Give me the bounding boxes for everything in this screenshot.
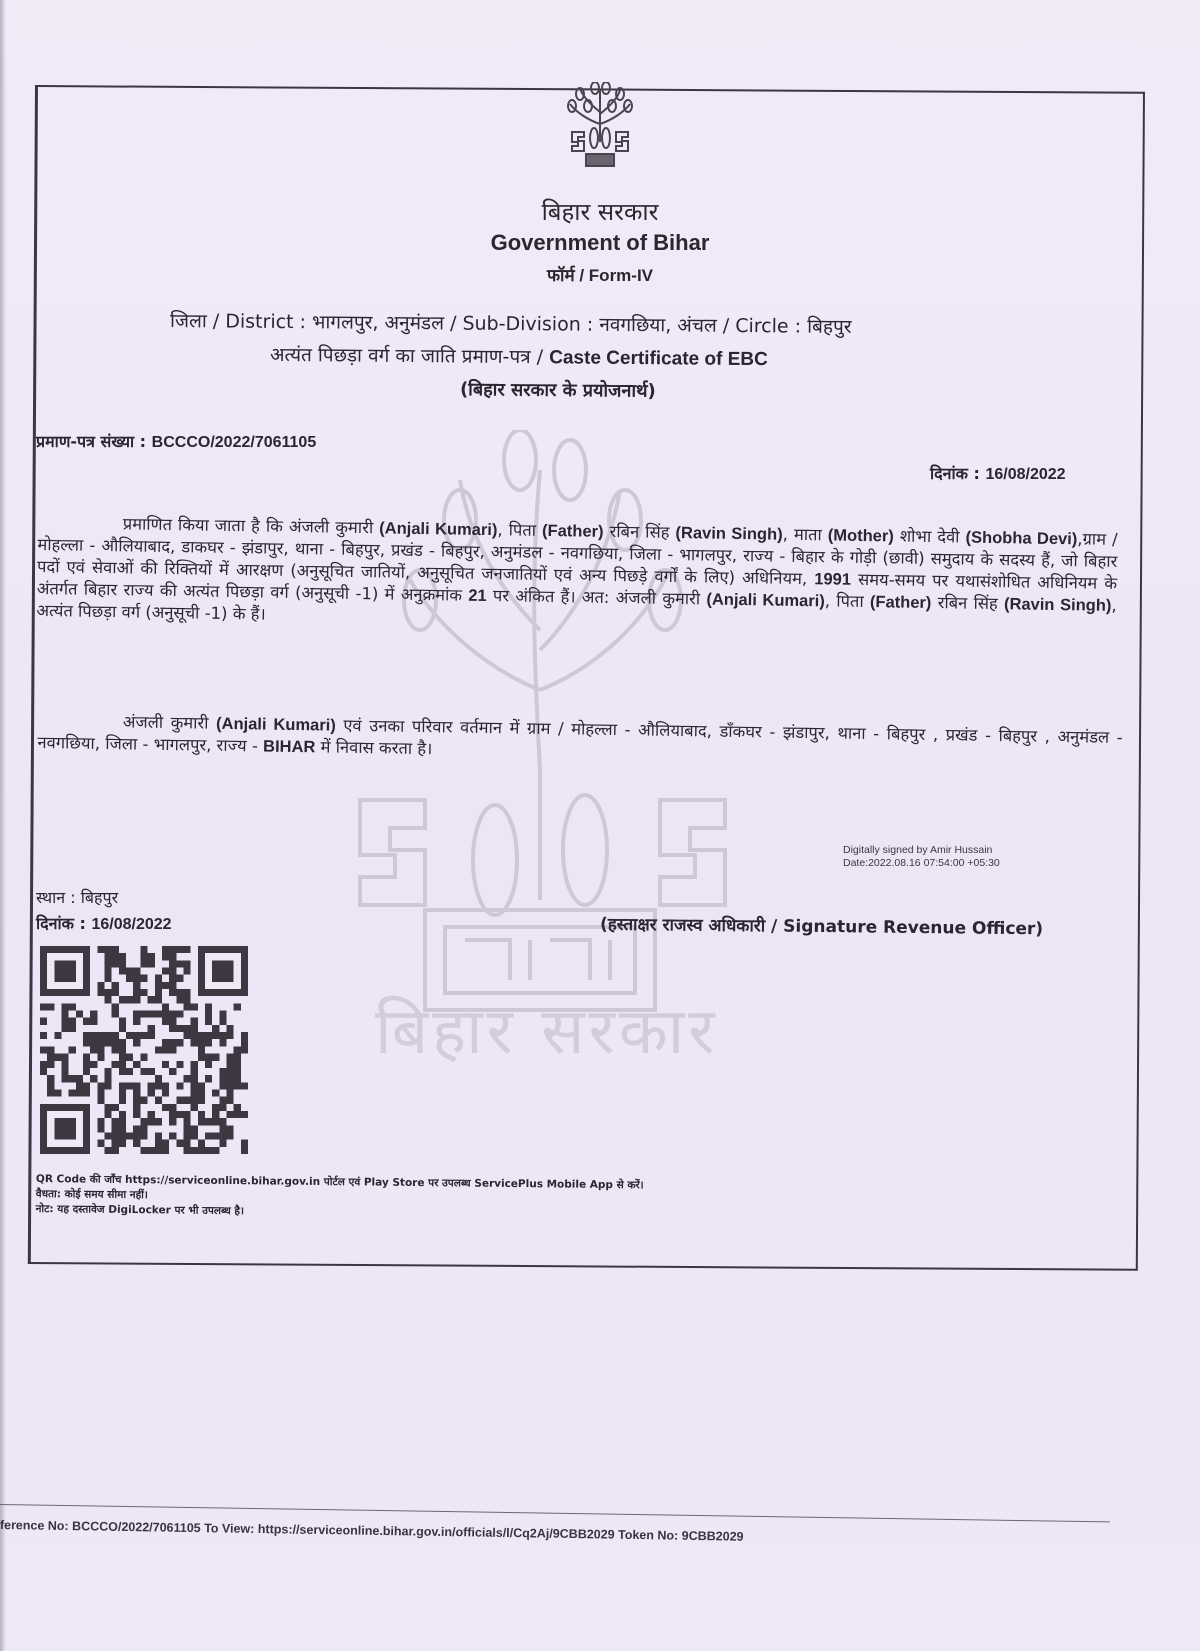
- certificate-title-hindi: अत्यंत पिछड़ा वर्ग का जाति प्रमाण-पत्र /: [270, 344, 543, 368]
- certificate-number-label: प्रमाण-पत्र संख्या :: [36, 432, 146, 451]
- certificate-purpose: (बिहार सरकार के प्रयोजनार्थ): [460, 377, 656, 403]
- circle-label: अंचल / Circle :: [677, 314, 801, 337]
- issue-date: दिनांक : 16/08/2022: [930, 462, 1066, 484]
- mother-name-en: (Shobha Devi): [965, 529, 1077, 549]
- place-date-value: 16/08/2022: [92, 916, 172, 933]
- digital-signature: Digitally signed by Amir Hussain Date:20…: [843, 844, 1000, 870]
- district-value: भागलपुर,: [312, 311, 379, 334]
- form-number: फॉर्म / Form-IV: [0, 263, 1200, 286]
- father-name-en: (Ravin Singh): [675, 524, 782, 544]
- signature-caption: (हस्ताक्षर राजस्व अधिकारी / Signature Re…: [600, 912, 1043, 940]
- digital-signature-signer: Digitally signed by Amir Hussain: [843, 844, 1000, 857]
- certificate-number-value: BCCCO/2022/7061105: [152, 434, 317, 451]
- subdivision-label: अनुमंडल / Sub-Division :: [384, 312, 593, 336]
- place-date-label: दिनांक :: [36, 914, 86, 933]
- certificate-number: प्रमाण-पत्र संख्या : BCCCO/2022/7061105: [36, 430, 316, 452]
- place-label: स्थान :: [36, 888, 76, 907]
- certification-paragraph: प्रमाणित किया जाता है कि अंजली कुमारी (A…: [36, 512, 1118, 639]
- qr-notes: QR Code की जाँच https://serviceonline.bi…: [36, 1172, 644, 1223]
- district-label: जिला / District :: [170, 310, 306, 333]
- serial-number: 21: [468, 587, 487, 605]
- place-date: दिनांक : 16/08/2022: [36, 912, 172, 934]
- govt-title-english: Government of Bihar: [0, 230, 1200, 256]
- place: स्थान : बिहपुर: [36, 886, 118, 908]
- place-value: बिहपुर: [81, 888, 118, 907]
- certificate-title: अत्यंत पिछड़ा वर्ग का जाति प्रमाण-पत्र /…: [270, 341, 768, 371]
- issue-date-label: दिनांक :: [930, 464, 980, 483]
- circle-value: बिहपुर: [807, 316, 852, 338]
- state-name-en: BIHAR: [263, 738, 316, 757]
- digital-signature-date: Date:2022.08.16 07:54:00 +05:30: [843, 857, 1000, 870]
- applicant-name-en: (Anjali Kumari): [379, 519, 497, 539]
- issue-date-value: 16/08/2022: [986, 466, 1066, 483]
- govt-title-hindi: बिहार सरकार: [0, 195, 1200, 228]
- reference-footer: ference No: BCCCO/2022/7061105 To View: …: [0, 1518, 744, 1544]
- certificate-title-english: Caste Certificate of EBC: [549, 347, 768, 370]
- bihar-emblem-logo: [550, 82, 650, 172]
- qr-code[interactable]: [40, 946, 248, 1154]
- certificate-page: बिहार सरकार बिहार सरकार Government of Bi…: [0, 0, 1200, 1651]
- subdivision-value: नवगछिया,: [599, 314, 671, 337]
